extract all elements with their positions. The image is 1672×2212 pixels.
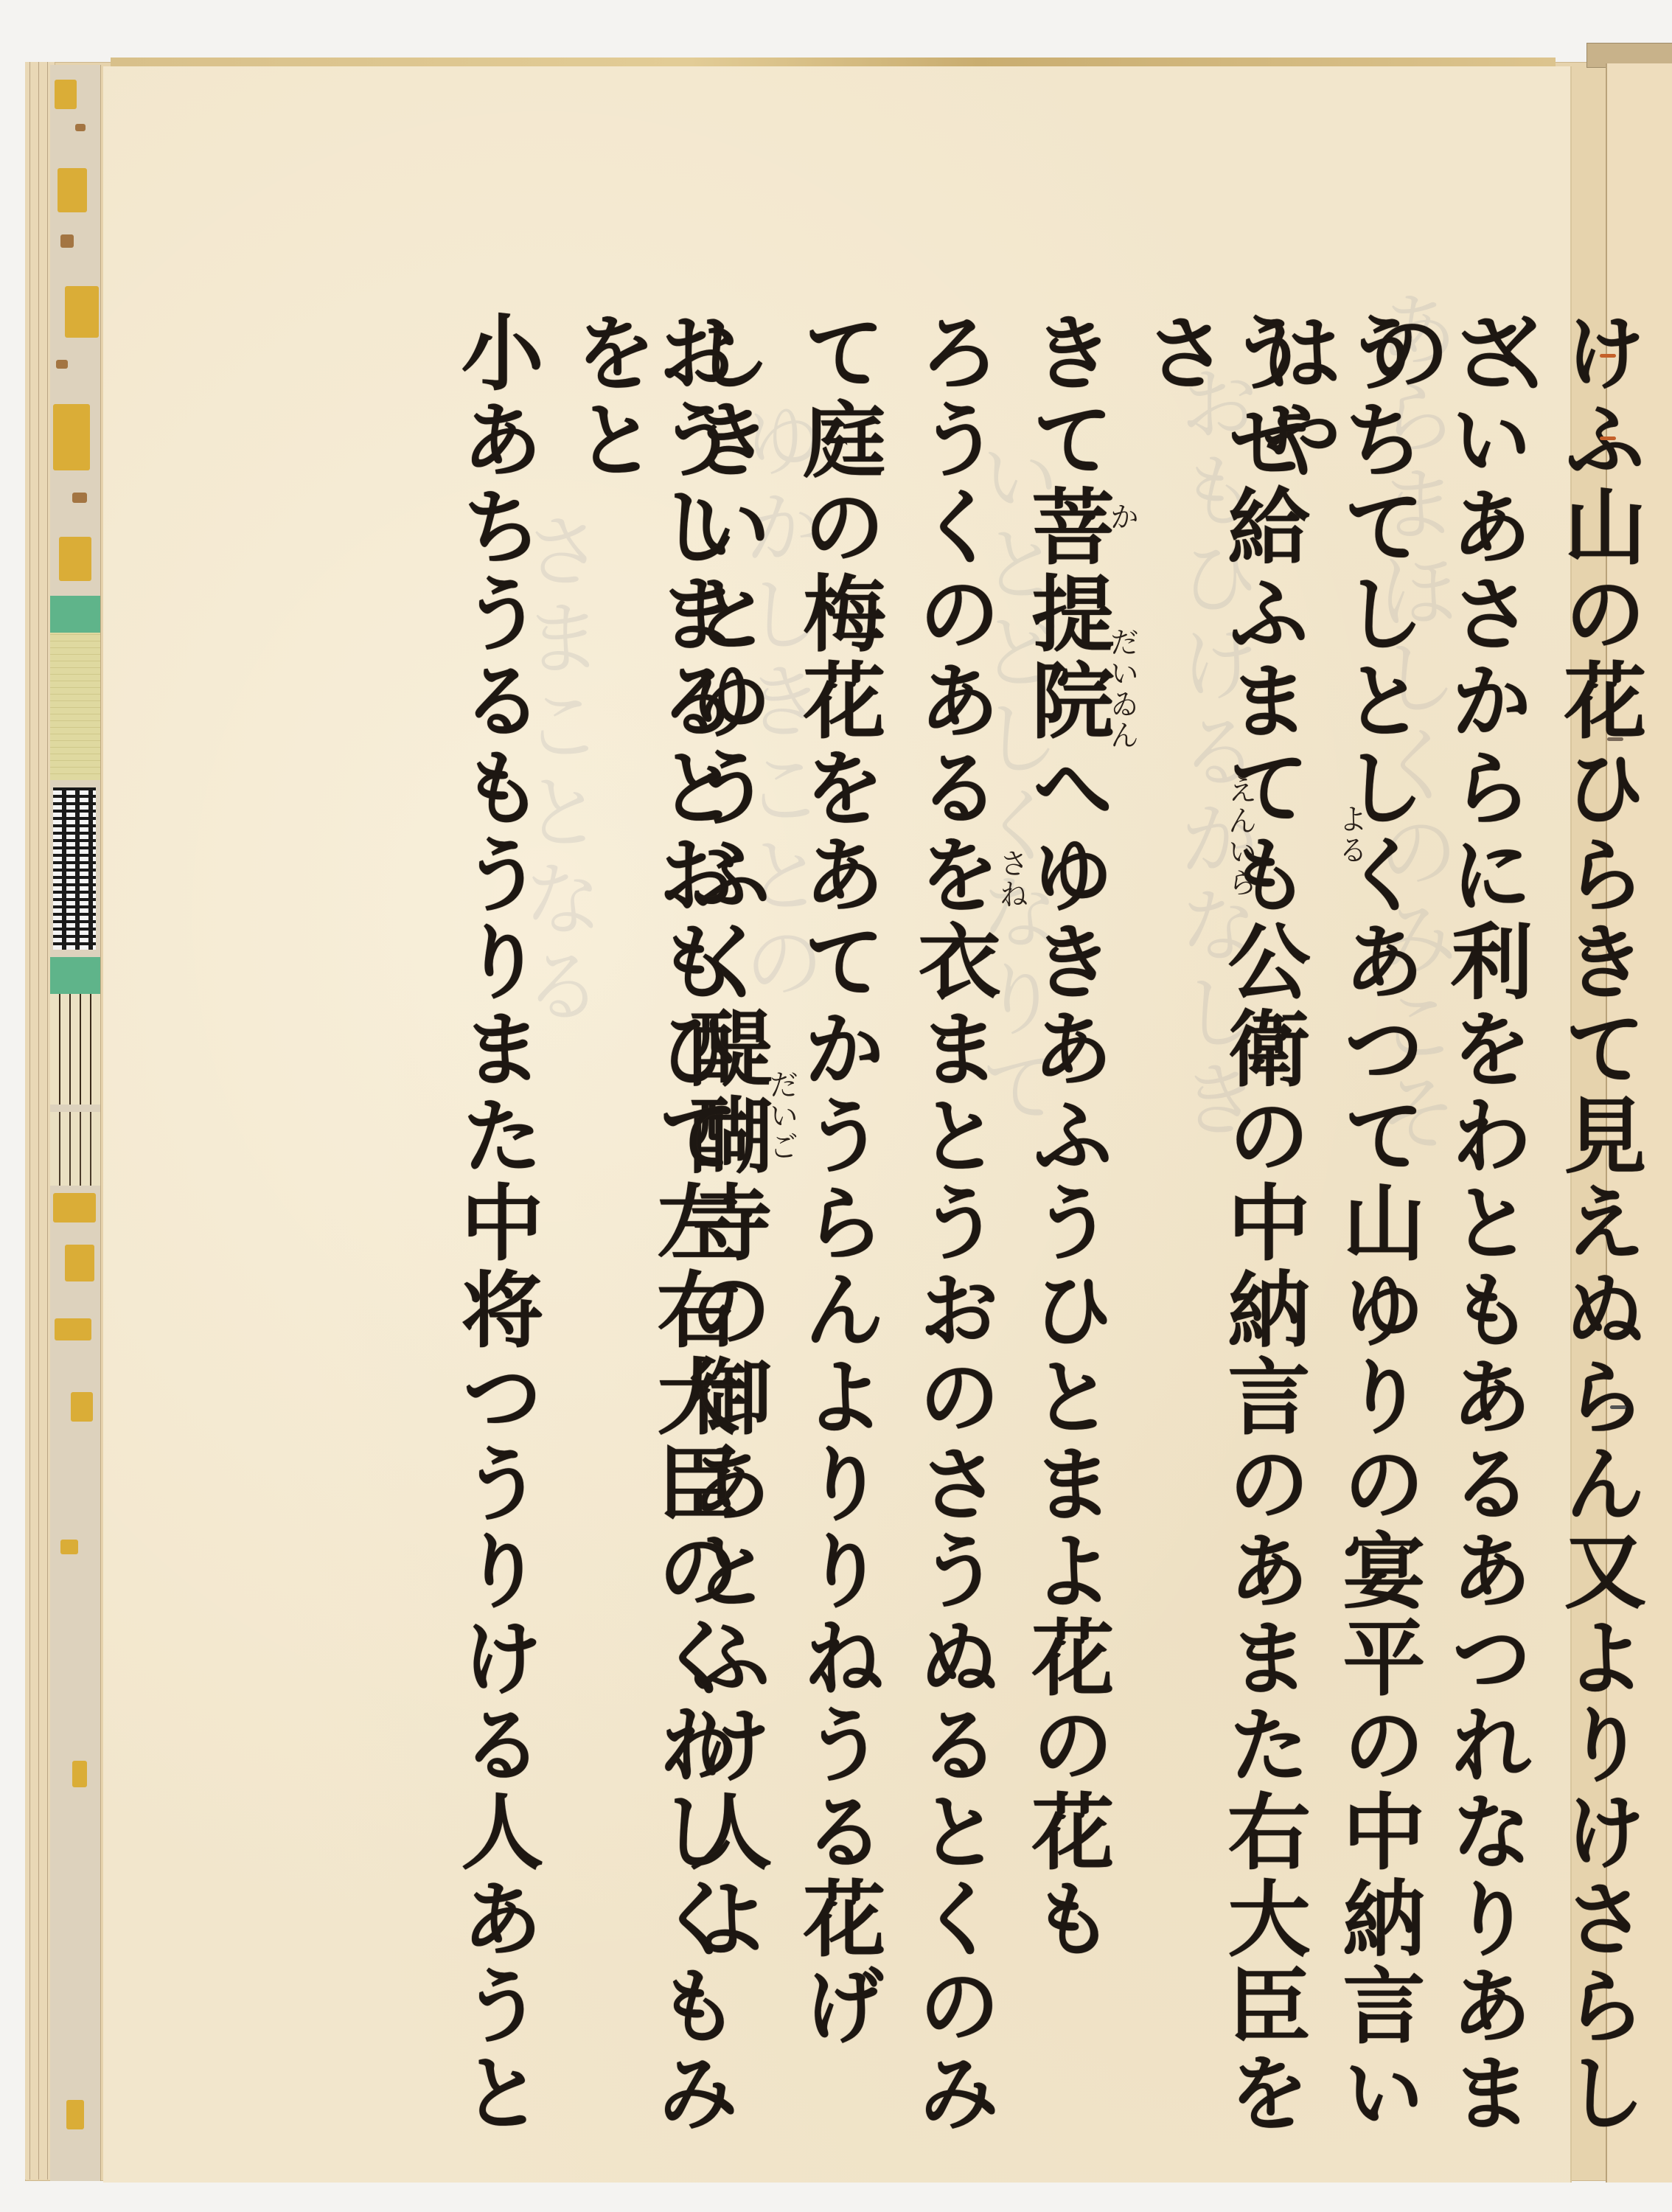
text-column-10: 小あちうるもうりまた中将つうりける人あうと [454,310,537,2137]
gold-leaf [60,1540,78,1554]
gold-leaf [55,80,77,109]
binding-hole [1607,737,1623,741]
gold-leaf [56,360,68,369]
ruby-annotation: だいご [767,1069,796,1162]
text-column-7: て庭の梅花をあてかうらんよりりねうる花げ [796,310,879,2050]
gold-leaf [53,1193,96,1222]
text-column-4: うせ給ふまても公衛の中納言のあまた右大臣をさ [1138,310,1303,2183]
ruby-annotation: さね [997,848,1026,910]
gold-leaf [65,1245,94,1281]
ruby-annotation: えんいら [1225,774,1255,898]
slatted-wall-painting [50,994,100,1105]
tatami-painted-area [50,633,100,780]
binding-hole [1610,1405,1626,1409]
text-column-9: おうしまるとおもひて左右大臣のくわしくもみをと [568,310,733,2183]
gold-leaf [59,537,91,581]
text-columns: けふ山の花ひらきて見えぬらん又よりけさらしく さいあさからに利をわともあるあつれ… [103,66,1570,2183]
gold-leaf [60,234,74,248]
ruby-annotation: だいゐん [1107,627,1137,751]
ruby-annotation: よる [1336,804,1365,866]
binding-hole [1600,437,1616,440]
green-painted-area [50,596,100,633]
green-painted-area [50,957,100,994]
binding-hole [1600,354,1616,358]
text-column-6: ろうくのあるを衣まとうおのさうぬるとくのみ [911,310,994,2137]
ruby-annotation: か [1107,501,1137,532]
gold-leaf [75,124,86,131]
gold-leaf [71,1392,93,1422]
gold-leaf [66,2100,84,2129]
gold-leaf [53,404,90,470]
gold-leaf [72,493,87,503]
manuscript-page: あらまほしくのみこそ おもひけるかなしき いとどしくなりて ゆかしきことの さま… [103,66,1570,2183]
gold-leaf [58,168,87,212]
slatted-wall-painting [50,1112,100,1186]
text-column-5: きて菩提院へゆきあふうひとまよ花の花も [1025,310,1107,1963]
gold-leaf [65,286,99,338]
gold-leaf [72,1761,87,1787]
lattice-window-painting [53,787,96,950]
gold-leaf [55,1318,91,1340]
facing-page-illustration-strip [50,65,101,2181]
